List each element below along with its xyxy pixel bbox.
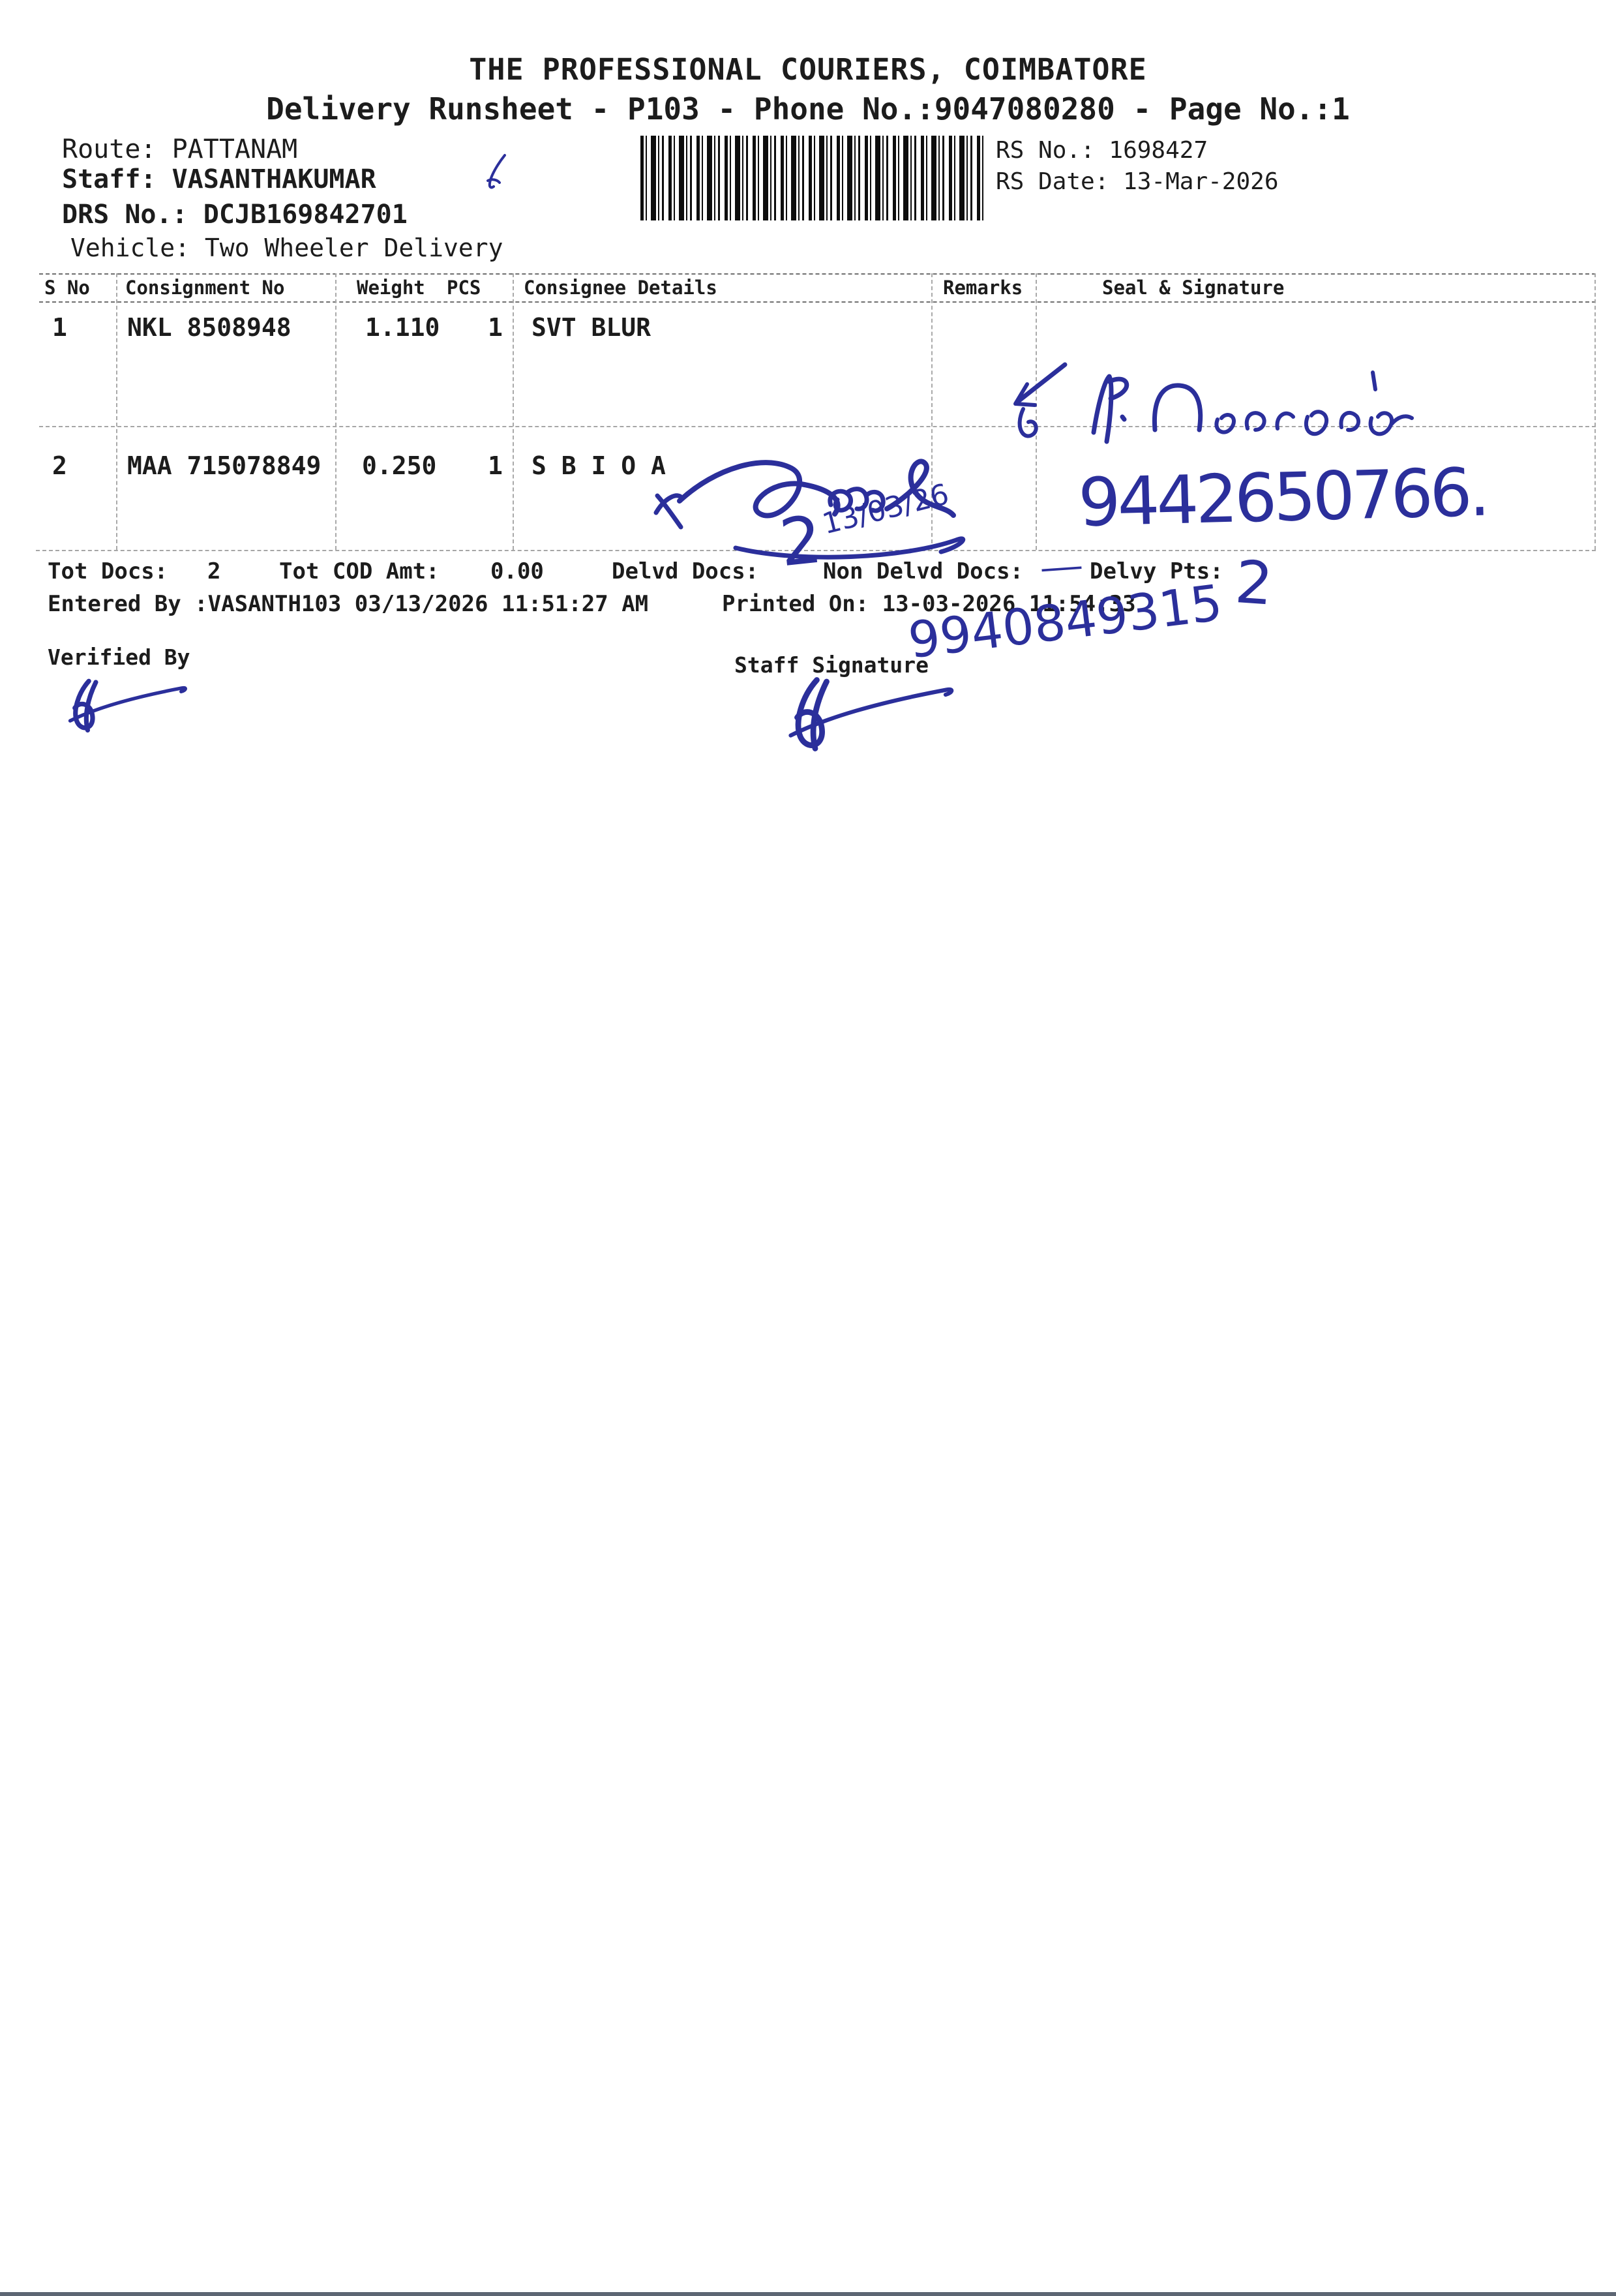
table-right-rule — [1594, 273, 1596, 550]
staff-check-mark-handwriting — [483, 152, 512, 192]
route-line: Route: PATTANAM — [62, 134, 297, 164]
route-value: PATTANAM — [172, 134, 298, 164]
staff-phone-handwriting: 9940849315 — [905, 573, 1225, 669]
drs-line: DRS No.: DCJB169842701 — [62, 200, 408, 230]
cell-consignee-details: SVT BLUR — [531, 313, 651, 342]
cell-s-no: 2 — [52, 451, 67, 480]
table-header-rule — [39, 301, 1596, 303]
tot-docs-label: Tot Docs: — [48, 558, 168, 584]
tot-cod-amt-label: Tot COD Amt: — [279, 558, 440, 584]
delivery-runsheet-document: THE PROFESSIONAL COURIERS, COIMBATORE De… — [0, 0, 1616, 2296]
staff-value: VASANTHAKUMAR — [172, 164, 376, 194]
cell-consignment-no: MAA 715078849 — [127, 451, 321, 480]
delvd-docs-handwritten-value: 2 — [776, 501, 826, 581]
rs-date-line: RS Date: 13-Mar-2026 — [996, 168, 1279, 195]
page-title: THE PROFESSIONAL COURIERS, COIMBATORE — [0, 52, 1616, 87]
cell-pcs: 1 — [488, 451, 503, 480]
delvy-pts-handwritten-value: 2 — [1233, 548, 1275, 619]
cell-pcs: 1 — [488, 313, 503, 342]
tot-docs-value: 2 — [207, 558, 220, 584]
cell-weight: 1.110 — [365, 313, 440, 342]
table-top-rule — [39, 273, 1596, 275]
page-subtitle: Delivery Runsheet - P103 - Phone No.:904… — [0, 91, 1616, 127]
staff-label: Staff: — [62, 164, 157, 194]
column-header-pcs: PCS — [447, 277, 481, 299]
scan-edge-artifact — [0, 2292, 1616, 2296]
verified-by-label: Verified By — [48, 644, 190, 670]
route-label: Route: — [62, 134, 157, 164]
rs-date-label: RS Date: — [996, 168, 1109, 195]
consignee-phone-handwriting: 9442650766. — [1077, 454, 1488, 542]
non-delvd-docs-handwritten-value: — — [1038, 546, 1085, 588]
cell-s-no: 1 — [52, 313, 67, 342]
column-header-weight: Weight — [357, 277, 425, 299]
cell-consignment-no: NKL 8508948 — [127, 313, 292, 342]
drs-no-value: DCJB169842701 — [203, 200, 408, 230]
verified-by-signature-handwriting — [62, 675, 202, 734]
staff-line: Staff: VASANTHAKUMAR — [62, 164, 376, 194]
column-header-remarks: Remarks — [943, 277, 1023, 299]
col-divider-3 — [513, 273, 514, 550]
tot-cod-amt-value: 0.00 — [490, 558, 544, 584]
column-header-seal-signature: Seal & Signature — [1102, 277, 1284, 299]
runsheet-barcode — [640, 136, 985, 220]
column-header-consignment-no: Consignment No — [125, 277, 284, 299]
entered-by-line: Entered By :VASANTH103 03/13/2026 11:51:… — [48, 591, 648, 617]
cell-weight: 0.250 — [362, 451, 436, 480]
staff-signature-handwriting — [779, 672, 975, 753]
vehicle-label: Vehicle: — [70, 234, 190, 262]
col-divider-1 — [116, 273, 117, 550]
vehicle-line: Vehicle: Two Wheeler Delivery — [70, 234, 503, 262]
col-divider-2 — [335, 273, 337, 550]
column-header-consignee-details: Consignee Details — [524, 277, 717, 299]
drs-no-label: DRS No.: — [62, 200, 188, 230]
rs-no-label: RS No.: — [996, 137, 1095, 164]
vehicle-value: Two Wheeler Delivery — [205, 234, 503, 262]
rs-no-line: RS No.: 1698427 — [996, 137, 1208, 164]
rs-no-value: 1698427 — [1109, 137, 1208, 164]
rs-date-value: 13-Mar-2026 — [1123, 168, 1278, 195]
column-header-s-no: S No — [44, 277, 90, 299]
